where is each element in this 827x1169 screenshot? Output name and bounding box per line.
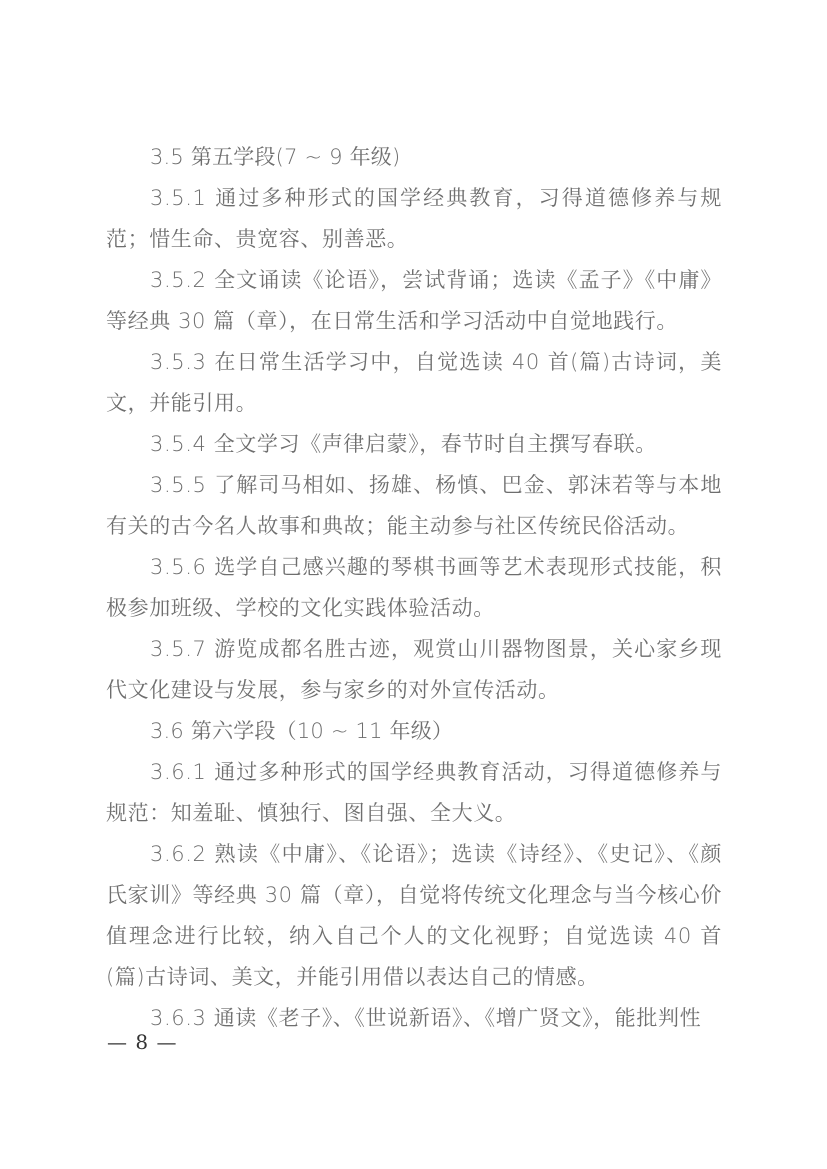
paragraph-3-6-3: 3.6.3 通读《老子》、《世说新语》、《增广贤文》，能批判性 bbox=[106, 998, 722, 1039]
paragraph-3-5-1: 3.5.1 通过多种形式的国学经典教育，习得道德修养与规范；惜生命、贵宽容、别善… bbox=[106, 178, 722, 260]
section-heading-3-6: 3.6 第六学段（10 ~ 11 年级） bbox=[106, 711, 722, 752]
document-body: 3.5 第五学段(7 ~ 9 年级) 3.5.1 通过多种形式的国学经典教育，习… bbox=[106, 137, 722, 1039]
page-number: — 8 — bbox=[107, 1030, 177, 1054]
paragraph-3-5-7: 3.5.7 游览成都名胜古迹，观赏山川器物图景，关心家乡现代文化建设与发展，参与… bbox=[106, 629, 722, 711]
paragraph-3-5-3: 3.5.3 在日常生活学习中，自觉选读 40 首(篇)古诗词，美文，并能引用。 bbox=[106, 342, 722, 424]
document-page: 3.5 第五学段(7 ~ 9 年级) 3.5.1 通过多种形式的国学经典教育，习… bbox=[0, 0, 827, 1169]
paragraph-3-5-2: 3.5.2 全文诵读《论语》，尝试背诵；选读《孟子》《中庸》等经典 30 篇（章… bbox=[106, 260, 722, 342]
section-heading-3-5: 3.5 第五学段(7 ~ 9 年级) bbox=[106, 137, 722, 178]
paragraph-3-5-5: 3.5.5 了解司马相如、扬雄、杨慎、巴金、郭沫若等与本地有关的古今名人故事和典… bbox=[106, 465, 722, 547]
paragraph-3-5-4: 3.5.4 全文学习《声律启蒙》，春节时自主撰写春联。 bbox=[106, 424, 722, 465]
paragraph-3-6-2: 3.6.2 熟读《中庸》、《论语》；选读《诗经》、《史记》、《颜氏家训》等经典 … bbox=[106, 834, 722, 998]
paragraph-3-6-1: 3.6.1 通过多种形式的国学经典教育活动，习得道德修养与规范：知羞耻、慎独行、… bbox=[106, 752, 722, 834]
paragraph-3-5-6: 3.5.6 选学自己感兴趣的琴棋书画等艺术表现形式技能，积极参加班级、学校的文化… bbox=[106, 547, 722, 629]
